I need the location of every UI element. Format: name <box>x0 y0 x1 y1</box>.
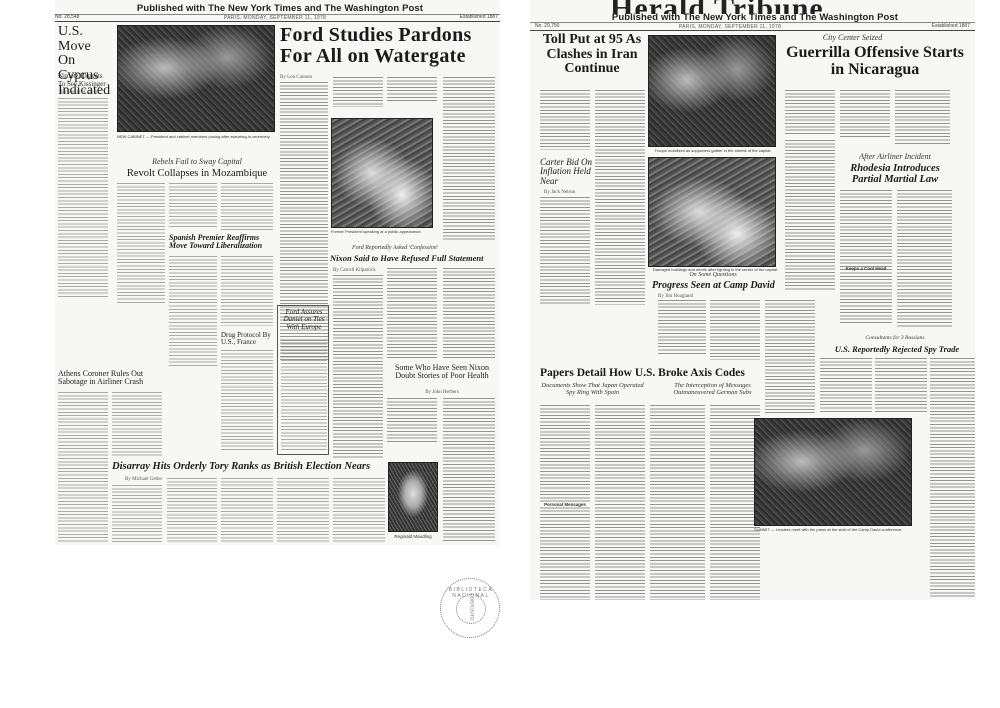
photo-crowd <box>648 35 776 147</box>
photo-camp-david <box>754 418 912 526</box>
photo-cabinet-caption: NEW CABINET — President and cabinet memb… <box>117 135 277 149</box>
article-text-ford-assures <box>281 340 327 450</box>
article-text-nicaragua-2 <box>840 90 890 138</box>
article-text-carter <box>540 197 590 305</box>
article-text-health-2 <box>443 398 495 543</box>
left-newspaper-page: Published with The New York Times and Th… <box>55 0 500 545</box>
right-masthead-rule-bottom <box>530 30 975 31</box>
headline-nixon-statement: Nixon Said to Have Refused Full Statemen… <box>330 254 500 263</box>
article-text-spy-1 <box>820 358 872 413</box>
article-text-spain-1 <box>169 256 217 366</box>
article-text-athens-1 <box>58 392 108 542</box>
article-text-camp-3 <box>765 300 815 415</box>
headline-iran: Toll Put at 95 As Clashes in Iran Contin… <box>538 33 646 77</box>
article-text-nicaragua-1 <box>785 90 835 135</box>
byline-camp-david: By Jim Hoagland <box>658 294 718 299</box>
photo-portrait-caption: Reginald Maudling <box>388 534 438 539</box>
article-text-rhodesia-1 <box>840 190 892 325</box>
article-text-tory-2 <box>167 478 217 543</box>
article-text-tory-3 <box>221 478 273 543</box>
article-text-nixon-3 <box>443 268 495 358</box>
photo-camp-david-caption: SUMMIT — Leaders meet with the press at … <box>754 528 919 542</box>
established-label: Established 1887 <box>460 14 498 20</box>
article-text-iran-1 <box>540 90 590 150</box>
headline-drug-protocol: Drug Protocol By U.S., France <box>221 332 271 347</box>
kicker-rhodesia: After Airliner Incident <box>840 152 950 161</box>
byline-nixon-statement: By Carroll Kilpatrick <box>333 268 393 273</box>
kicker-nicaragua: City Center Seized <box>785 33 920 42</box>
photo-nixon-caption: Former President speaking at a public ap… <box>331 230 439 240</box>
article-text-nicaragua-3 <box>895 90 950 145</box>
photo-damage <box>648 157 776 267</box>
deck-axis-left: Documents Show That Japan Operated Spy R… <box>540 382 645 397</box>
issue-number: No. 28,548 <box>55 14 79 20</box>
headline-athens: Athens Coroner Rules Out Sabotage in Air… <box>58 370 158 387</box>
article-text-nixon-2 <box>387 268 437 358</box>
left-publisher-line: Published with The New York Times and Th… <box>115 3 445 14</box>
masthead-rule-bottom <box>55 21 500 22</box>
kicker-nixon-statement: Ford Reportedly Asked 'Confession' <box>330 245 460 251</box>
photo-nixon <box>331 118 433 228</box>
library-stamp: BIBLIOTECA NACIONAL DEPOSITO <box>440 578 500 638</box>
headline-ford-assures: Ford Assures Daniel on Ties With Europe <box>279 309 329 331</box>
deck-axis-right: The Interception of Messages Outmaneuver… <box>655 382 770 397</box>
article-text-iran-2 <box>595 90 645 305</box>
article-text-ford-2 <box>333 77 383 107</box>
article-text-axis-2 <box>595 405 645 600</box>
headline-nicaragua: Guerrilla Offensive Starts in Nicaragua <box>780 45 970 79</box>
article-text-mozambique-3 <box>221 183 273 231</box>
article-text-ford-3 <box>387 77 437 102</box>
article-text-tory-5 <box>333 478 385 543</box>
subhead-axis: Personal Messages <box>540 502 590 507</box>
box-ford-assures: Ford Assures Daniel on Ties With Europe <box>277 305 329 455</box>
article-text-spy-2 <box>875 358 927 413</box>
stamp-inner-text: DEPOSITO <box>470 594 475 624</box>
photo-portrait <box>388 462 438 532</box>
headline-camp-david: Progress Seen at Camp David <box>652 281 792 292</box>
deck-cyprus: Nimetz Expects To See Kissinger <box>58 72 110 88</box>
right-issue-number: No. 29,750 <box>535 23 559 29</box>
byline-ford: By Lou Cannon <box>280 75 340 80</box>
headline-tory: Disarray Hits Orderly Tory Ranks as Brit… <box>112 461 387 472</box>
headline-mozambique: Revolt Collapses in Mozambique <box>117 168 277 179</box>
article-text-nicaragua-4 <box>785 140 835 290</box>
kicker-mozambique: Rebels Fail to Sway Capital <box>117 157 277 166</box>
article-text-health-1 <box>387 398 437 443</box>
article-text-spain-2 <box>221 256 273 326</box>
article-text-athens-2 <box>112 392 162 457</box>
article-text-ford-4 <box>443 77 495 242</box>
byline-carter: By Jack Nelson <box>544 190 594 195</box>
article-text-mozambique-1 <box>117 183 165 303</box>
article-text-drug <box>221 350 273 450</box>
byline-nixon-health: By John Herbers <box>387 390 497 395</box>
headline-nixon-health: Some Who Have Seen Nixon Doubt Stories o… <box>387 364 497 381</box>
article-text-mozambique-2 <box>169 183 217 228</box>
article-text-camp-1 <box>658 300 706 355</box>
kicker-spy-trade: Consultants for 3 Russians <box>840 335 950 341</box>
article-text-nixon-1 <box>333 275 383 460</box>
headline-spy-trade: U.S. Reportedly Rejected Spy Trade <box>822 345 972 354</box>
subhead-rhodesia: Keeps a Cool Head <box>840 266 892 271</box>
article-text-spy-3 <box>930 358 975 598</box>
article-text-axis-4 <box>710 405 760 600</box>
headline-spain: Spanish Premier Reaffirms Move Toward Li… <box>169 234 274 251</box>
kicker-camp-david: On Some Questions <box>658 272 768 278</box>
article-text-tory-1 <box>112 485 162 543</box>
article-text-camp-2 <box>710 300 760 360</box>
headline-ford-pardons: Ford Studies Pardons For All on Watergat… <box>280 25 495 67</box>
headline-carter: Carter Bid On Inflation Held Near <box>540 158 595 186</box>
headline-rhodesia: Rhodesia Introduces Partial Martial Law <box>835 163 955 185</box>
right-masthead-rule <box>530 22 975 23</box>
photo-cabinet <box>117 25 275 132</box>
headline-axis-codes: Papers Detail How U.S. Broke Axis Codes <box>540 367 780 379</box>
stamp-inner-ring: DEPOSITO <box>456 594 486 624</box>
article-text-rhodesia-2 <box>897 190 952 328</box>
right-newspaper-page: Herald Tribune Published with The New Yo… <box>530 0 975 600</box>
article-text-tory-4 <box>277 478 329 543</box>
article-text-axis-3 <box>650 405 705 600</box>
photo-crowd-caption: Troops mobilized as supporters gather in… <box>648 149 778 155</box>
article-text-cyprus <box>58 98 108 298</box>
byline-cyprus: By Leslie H. Gelb <box>61 90 111 95</box>
right-established-label: Established 1887 <box>932 23 970 29</box>
